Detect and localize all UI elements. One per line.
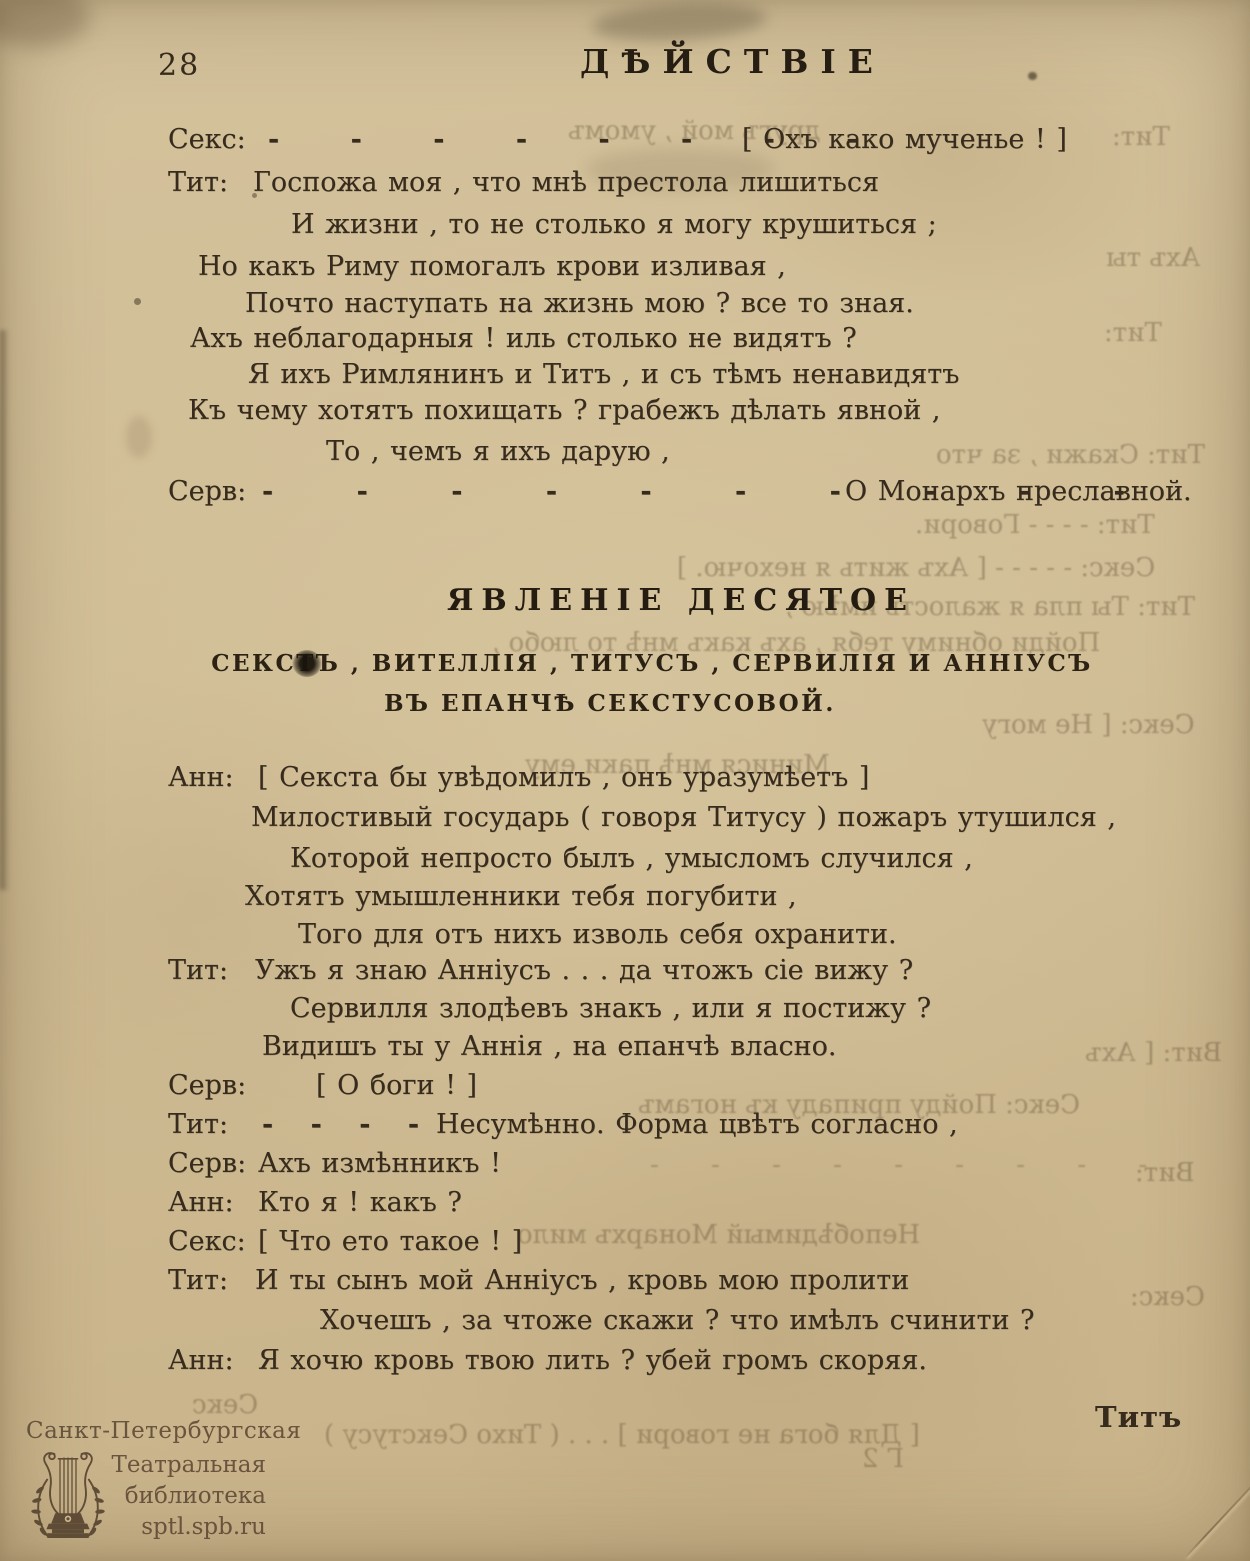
dialogue-text: Къ чему хотятъ похищать ? грабежъ дѣлать… [0,393,1250,429]
dialogue-line: Анн: Кто я ! какъ ? [0,1185,1250,1221]
scene-heading: ЯВЛЕНІЕ ДЕСЯТОЕ [0,583,1250,618]
corner-shadow [0,0,90,47]
dash-run: - - - - [262,1107,432,1143]
scanned-page: другъ мой , умомъ Тит: Ахъ ты Тит: Тит: … [0,0,1250,1561]
dialogue-line: Тит: Ужъ я знаю Анніусъ . . . да чтожъ с… [0,953,1250,989]
bleedthrough-signature: Г 2 [862,1444,904,1474]
bleedthrough-text: [ Для бога не говори ] . . . ( Тихо Секс… [324,1420,920,1450]
cast-list-line: СЕКСТЪ , ВИТЕЛЛІЯ , ТИТУСЪ , СЕРВИЛІЯ И … [0,650,1250,677]
dialogue-line: Которой непросто былъ , умысломъ случилс… [0,841,1250,877]
speaker-label: Серв: [168,1146,246,1182]
dialogue-text: Ахъ неблагодарныя ! иль столько не видят… [0,321,1250,357]
bleedthrough-text: Секс [192,1390,258,1420]
dialogue-line: Почто наступать на жизнь мою ? все то зн… [0,286,1250,322]
dialogue-text: Милостивый государь ( говоря Титусу ) по… [0,800,1250,836]
dialogue-line: Тит: - - - - Несумѣнно. Форма цвѣтъ согл… [0,1107,1250,1143]
dialogue-line: Но какъ Риму помогалъ крови изливая , [0,249,1250,285]
watermark-text: библиотека [125,1483,266,1509]
dash-run: - - - - - - - - [268,122,887,158]
dialogue-text: И жизни , то не столько я могу крушиться… [0,207,1250,243]
dialogue-text: Сервилля злодѣевъ знакъ , или я постижу … [0,991,1250,1027]
speaker-label: Тит: [168,953,228,989]
dialogue-line: Секс: - - - - - - - - [ Охъ како мученье… [0,122,1250,158]
dash-run: - - - - - - - - - - [262,474,1161,510]
dialogue-line: Серв: Ахъ измѣнникъ ! [0,1146,1250,1182]
dialogue-line: Анн: Я хочю кровь твою лить ? убей громъ… [0,1343,1250,1379]
ink-smudge [591,0,768,45]
speaker-label: Серв: [168,1068,246,1104]
dialogue-line: То , чемъ я ихъ дарую , [0,434,1250,470]
dialogue-text: Почто наступать на жизнь мою ? все то зн… [0,286,1250,322]
speaker-label: Тит: [168,1107,228,1143]
dialogue-line: Хотятъ умышленники тебя погубити , [0,879,1250,915]
dialogue-line: Я ихъ Римлянинъ и Титъ , и съ тѣмъ ненав… [0,357,1250,393]
speaker-label: Анн: [168,760,234,796]
dialogue-text: Видишъ ты у Аннія , на епанчѣ власно. [0,1029,1250,1065]
dialogue-line: Секс: [ Что ето такое ! ] [0,1224,1250,1260]
dialogue-line: Анн: [ Секста бы увѣдомилъ , онъ уразумѣ… [0,760,1250,796]
dialogue-line: Видишъ ты у Аннія , на епанчѣ власно. [0,1029,1250,1065]
bleedthrough-text: Секс: - - - - - [ Ахъ жить я нехочю. ] [677,553,1155,583]
speaker-label: Анн: [168,1343,234,1379]
dialogue-text: Которой непросто былъ , умысломъ случилс… [0,841,1250,877]
dialogue-text: То , чемъ я ихъ дарую , [0,434,1250,470]
speaker-label: Тит: [168,1263,228,1299]
dialogue-line: Тит: И ты сынъ мой Анніусъ , кровь мою п… [0,1263,1250,1299]
dialogue-text: Хочешъ , за чтоже скажи ? что имѣлъ счин… [0,1303,1250,1339]
dialogue-line: Хочешъ , за чтоже скажи ? что имѣлъ счин… [0,1303,1250,1339]
dialogue-line: Сервилля злодѣевъ знакъ , или я постижу … [0,991,1250,1027]
dialogue-text: Я ихъ Римлянинъ и Титъ , и съ тѣмъ ненав… [0,357,1250,393]
dialogue-line: Милостивый государь ( говоря Титусу ) по… [0,800,1250,836]
fold-crease [1185,1485,1250,1558]
dialogue-line: Серв: [ О боги ! ] [0,1068,1250,1104]
speaker-label: Серв: [168,474,246,510]
speaker-label: Секс: [168,122,246,158]
dialogue-line: И жизни , то не столько я могу крушиться… [0,207,1250,243]
dialogue-line: Къ чему хотятъ похищать ? грабежъ дѣлать… [0,393,1250,429]
watermark-url: sptl.spb.ru [141,1514,266,1540]
ink-blot [292,650,322,677]
dialogue-line: Тит: Госпожа моя , что мнѣ престола лиши… [0,165,1250,201]
speaker-label: Анн: [168,1185,234,1221]
dialogue-line: Серв: - - - - - - - - - - О Монархъ прес… [0,474,1250,510]
speaker-label: Тит: [168,165,228,201]
catchword: Титъ [1095,1400,1182,1434]
dialogue-text: Того для отъ нихъ изволь себя охранити. [0,917,1250,953]
dialogue-line: Ахъ неблагодарныя ! иль столько не видят… [0,321,1250,357]
lyre-icon [28,1446,108,1542]
library-watermark: Санкт-Петербургская [26,1418,266,1542]
running-header: ДѢЙСТВІЕ [0,42,1250,81]
dialogue-text: Но какъ Риму помогалъ крови изливая , [0,249,1250,285]
dialogue-text: Хотятъ умышленники тебя погубити , [0,879,1250,915]
watermark-text: Театральная [111,1452,266,1478]
bleedthrough-text: Тит: - - - - Говори. [915,510,1155,540]
speaker-label: Секс: [168,1224,246,1260]
watermark-text: Санкт-Петербургская [26,1418,266,1444]
dialogue-line: Того для отъ нихъ изволь себя охранити. [0,917,1250,953]
cast-list-line: ВЪ ЕПАНЧѢ СЕКСТУСОВОЙ. [0,690,1250,717]
